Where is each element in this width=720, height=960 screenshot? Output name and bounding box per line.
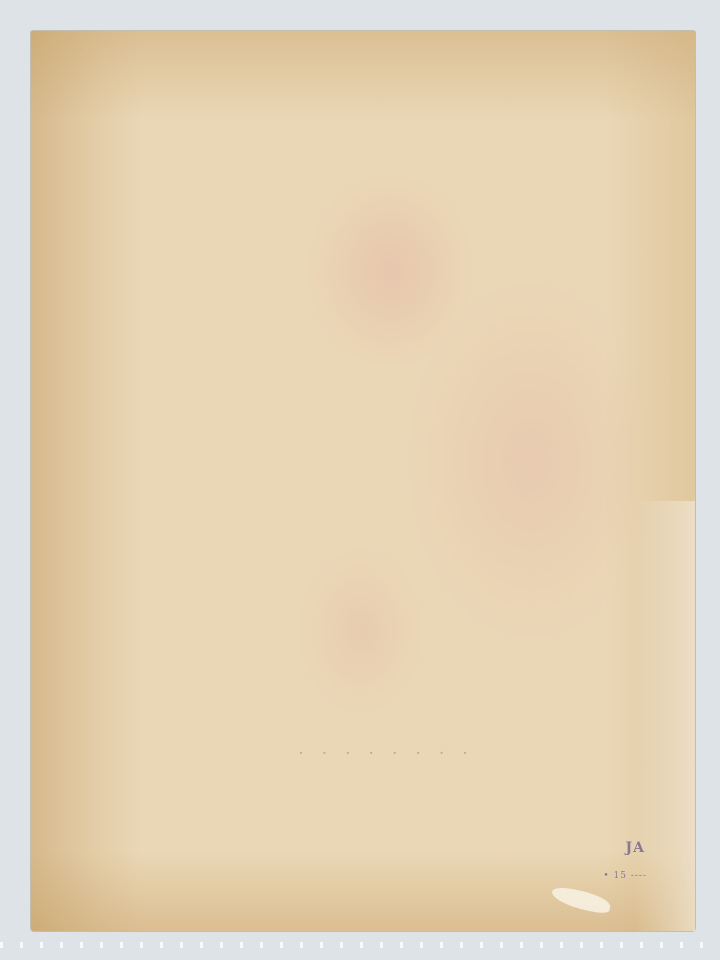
scanner-edge-strip xyxy=(0,942,720,948)
faded-edge xyxy=(635,501,695,931)
bleedthrough-text: · · · · · · · · xyxy=(266,736,506,846)
pencil-code-mark: JA xyxy=(626,840,646,856)
pencil-number-mark: • 15 ---- xyxy=(603,871,647,881)
paper-tear xyxy=(550,885,612,915)
card-back: · · · · · · · · JA • 15 ---- xyxy=(31,31,695,931)
